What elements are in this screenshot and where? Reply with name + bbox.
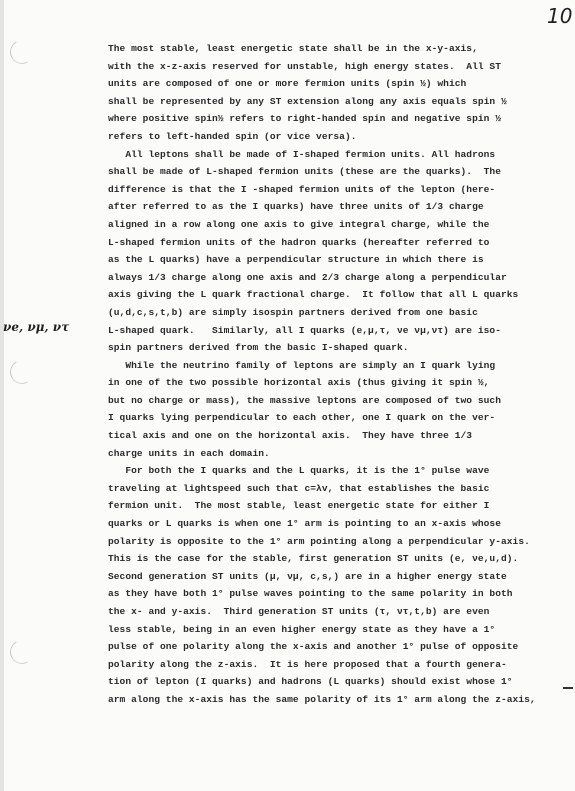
text-line: refers to left-handed spin (or vice vers… (108, 128, 568, 146)
page-number: 10 (547, 4, 572, 28)
text-line: Second generation ST units (μ, νμ, c,s,)… (108, 568, 568, 586)
text-line: spin partners derived from the basic I-s… (108, 339, 568, 357)
text-line: For both the I quarks and the L quarks, … (108, 462, 568, 480)
page-edge-shadow (0, 0, 4, 791)
text-line: I quarks lying perpendicular to each oth… (108, 409, 568, 427)
text-line: polarity along the z-axis. It is here pr… (108, 656, 568, 674)
text-line: While the neutrino family of leptons are… (108, 357, 568, 375)
text-line: aligned in a row along one axis to give … (108, 216, 568, 234)
text-line: The most stable, least energetic state s… (108, 40, 568, 58)
text-line: charge units in each domain. (108, 445, 568, 463)
text-line: axis giving the L quark fractional charg… (108, 286, 568, 304)
text-line: pulse of one polarity along the x-axis a… (108, 638, 568, 656)
handwritten-margin-note: νe, νμ, ντ (3, 320, 69, 334)
text-line: in one of the two possible horizontal ax… (108, 374, 568, 392)
text-line: (u,d,c,s,t,b) are simply isospin partner… (108, 304, 568, 322)
text-line: but no charge or mass), the massive lept… (108, 392, 568, 410)
text-line: This is the case for the stable, first g… (108, 550, 568, 568)
typed-body-text: The most stable, least energetic state s… (108, 40, 568, 709)
text-line: as the L quarks) have a perpendicular st… (108, 251, 568, 269)
document-page: 10 νe, νμ, ντ The most stable, least ene… (0, 0, 575, 791)
text-line: as they have both 1° pulse waves pointin… (108, 585, 568, 603)
punch-hole-icon (7, 637, 36, 666)
text-line: polarity is opposite to the 1° arm point… (108, 533, 568, 551)
text-line: tion of lepton (I quarks) and hadrons (L… (108, 673, 568, 691)
punch-hole-icon (7, 37, 36, 66)
text-line: less stable, being in an even higher ene… (108, 621, 568, 639)
text-line: shall be represented by any ST extension… (108, 93, 568, 111)
text-line: All leptons shall be made of I-shaped fe… (108, 146, 568, 164)
text-line: traveling at lightspeed such that c=λv, … (108, 480, 568, 498)
punch-hole-icon (7, 357, 36, 386)
text-line: units are composed of one or more fermio… (108, 75, 568, 93)
text-line: difference is that the I -shaped fermion… (108, 181, 568, 199)
text-line: L-shaped quark. Similarly, all I quarks … (108, 322, 568, 340)
text-line: the x- and y-axis. Third generation ST u… (108, 603, 568, 621)
text-line: shall be made of L-shaped fermion units … (108, 163, 568, 181)
text-line: with the x-z-axis reserved for unstable,… (108, 58, 568, 76)
text-line: quarks or L quarks is when one 1° arm is… (108, 515, 568, 533)
text-line: L-shaped fermion units of the hadron qua… (108, 234, 568, 252)
text-line: after referred to as the I quarks) have … (108, 198, 568, 216)
text-line: arm along the x-axis has the same polari… (108, 691, 568, 709)
text-line: where positive spin½ refers to right-han… (108, 110, 568, 128)
text-line: fermion unit. The most stable, least ene… (108, 497, 568, 515)
text-line: tical axis and one on the horizontal axi… (108, 427, 568, 445)
text-line: always 1/3 charge along one axis and 2/3… (108, 269, 568, 287)
